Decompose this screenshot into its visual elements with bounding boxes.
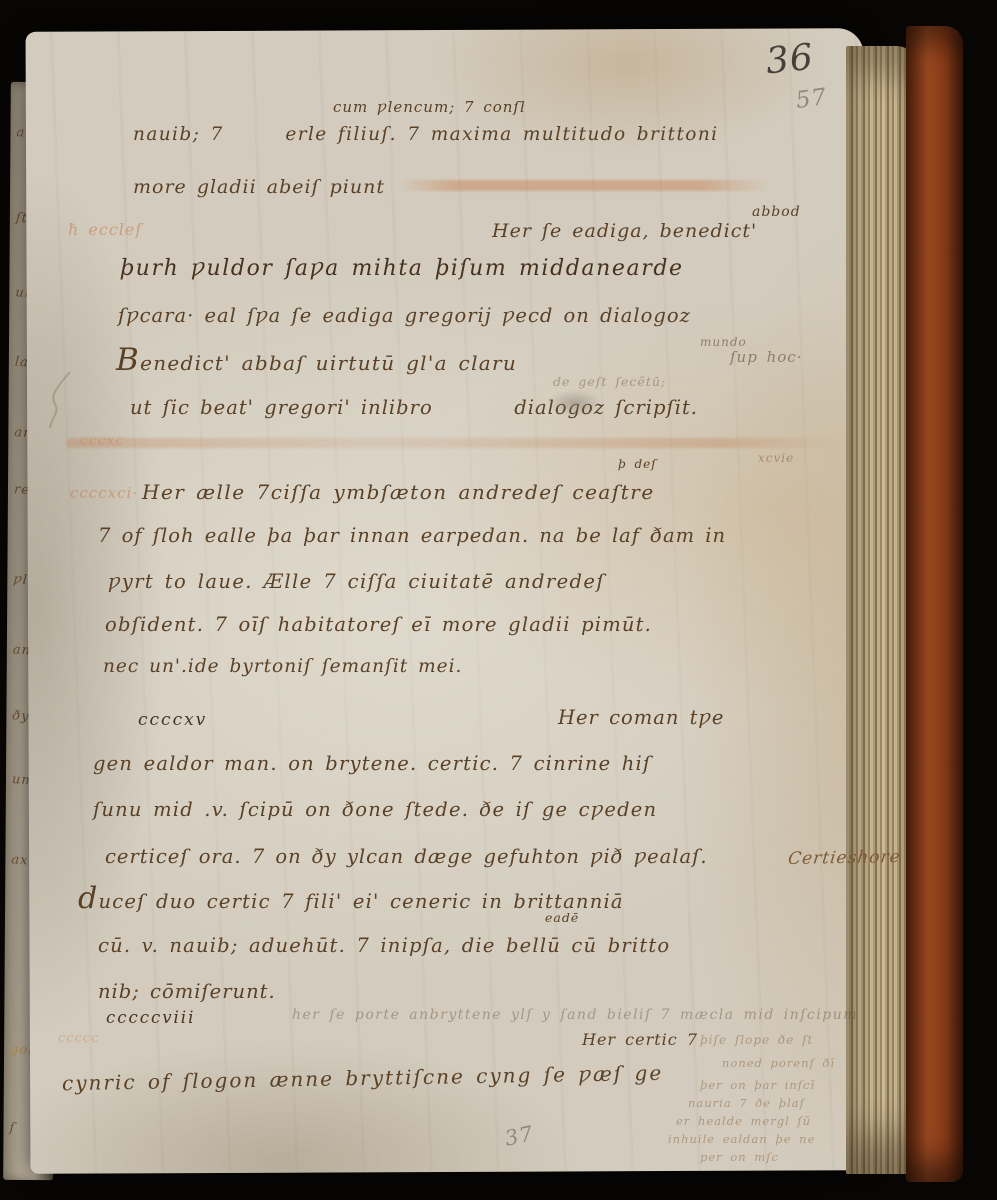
- manuscript-line: ſƿcara· eal ſƿa ſe eadiga gregorij ƿecd …: [118, 306, 691, 326]
- manuscript-line: cū. v. nauib; aduehūt. 7 inipſa, die bel…: [98, 936, 670, 956]
- manuscript-line: nauib; 7 erle filiuſ. 7 maxima multitudo…: [133, 126, 718, 145]
- manuscript-line: Her coman tƿe: [558, 708, 724, 728]
- rubric-fragment: ħ eccleſ: [68, 222, 142, 238]
- interlinear-gloss: þ deſ: [618, 458, 657, 470]
- manuscript-line: ƿyrt to laue. Ælle 7 ciſſa ciuitatē andr…: [108, 572, 605, 592]
- manuscript-line: ſunu mid .v. ſcipū on ðone ſtede. ðe iſ …: [93, 800, 657, 820]
- margin-note: per on mſc: [700, 1152, 779, 1164]
- margin-note-certieshore: Certieshore: [787, 849, 902, 868]
- folio-number-pencil: 57: [795, 86, 829, 113]
- margin-note: inhuile ealdan þe ne: [668, 1134, 815, 1146]
- erasure-blot: [548, 390, 602, 416]
- manuscript-line: Her ſe eadiga, benedict': [492, 222, 757, 241]
- manuscript-line: more gladii abeiſ piunt: [133, 178, 385, 197]
- margin-fragment: xcvie: [758, 452, 794, 464]
- annal-number: ccccxci·: [70, 486, 138, 501]
- manuscript-line: Her ælle 7ciſſa ymbſæton andredeſ ceaſtr…: [142, 482, 655, 502]
- left-fragment: ax: [11, 853, 29, 867]
- annal-number: ccccxv: [138, 712, 207, 729]
- erased-rubric-smear: [398, 180, 770, 191]
- manuscript-line: Benedict' abbaſ uirtutū gl'a claru: [116, 350, 517, 373]
- manuscript-line: duceſ duo certic 7 fili' ei' ceneric in …: [78, 888, 624, 912]
- annal-number: cccccviii: [106, 1010, 195, 1027]
- interlinear-gloss: ſup hoc·: [730, 350, 802, 365]
- manuscript-line: obſident. 7 oīſ habitatoreſ eī more glad…: [105, 615, 652, 635]
- leather-binding: [906, 26, 963, 1182]
- manuscript-line: certiceſ ora. 7 on ðy ylcan dæge gefuhto…: [105, 847, 708, 867]
- manuscript-line: þurh ƿuldor ſaƿa mihta þiſum middanearde: [120, 258, 684, 280]
- manuscript-line: nib; cōmiſerunt.: [98, 982, 276, 1002]
- margin-note: nauria 7 ðe þlaſ: [688, 1098, 805, 1110]
- manuscript-line: gen ealdor man. on brytene. certic. 7 ci…: [93, 754, 651, 774]
- manuscript-line: nec un'.ide byrtoniſ ſemanſit mei.: [103, 658, 462, 677]
- manuscript-photo: ard ſt um lau þ arð ret ƿld an ðy um ax …: [0, 0, 997, 1200]
- bottom-pencil-number: 37: [503, 1123, 535, 1150]
- left-fragment: ſ: [9, 1122, 16, 1135]
- margin-note: noned porenſ ðī: [722, 1058, 835, 1070]
- margin-mark: [46, 370, 76, 434]
- manuscript-line: Her certic 7: [582, 1032, 698, 1048]
- rubric-fragment: cccxc: [80, 434, 124, 448]
- manuscript-line: ut ſic beat' gregori' inlibro dialogoz ſ…: [130, 398, 698, 418]
- manuscript-line: 7 of ſloh ealle þa þar innan earpedan. n…: [98, 526, 726, 546]
- margin-note: þer on þar inſcī: [700, 1080, 815, 1092]
- faint-line: her ſe porte anbryttene ylſ y ſand bieli…: [292, 1008, 858, 1022]
- margin-note: þiſe ſlope ðe ſt: [700, 1034, 813, 1046]
- interlinear-gloss: abbod: [752, 205, 801, 219]
- folio-number-ink: 36: [764, 40, 815, 81]
- margin-note: er healde mergl ſū: [676, 1116, 811, 1128]
- interlinear-gloss: cum ƿlencum; 7 conſl: [333, 100, 526, 115]
- interlinear-gloss: de geſt ſecẽtū;: [553, 376, 666, 389]
- interlinear-gloss: mundo: [700, 336, 747, 348]
- left-fragment: ðy: [12, 709, 30, 723]
- erased-rubric-line: [66, 438, 836, 448]
- rubric-fragment: ccccc: [58, 1032, 99, 1045]
- interlinear-gloss: eadē: [545, 912, 579, 925]
